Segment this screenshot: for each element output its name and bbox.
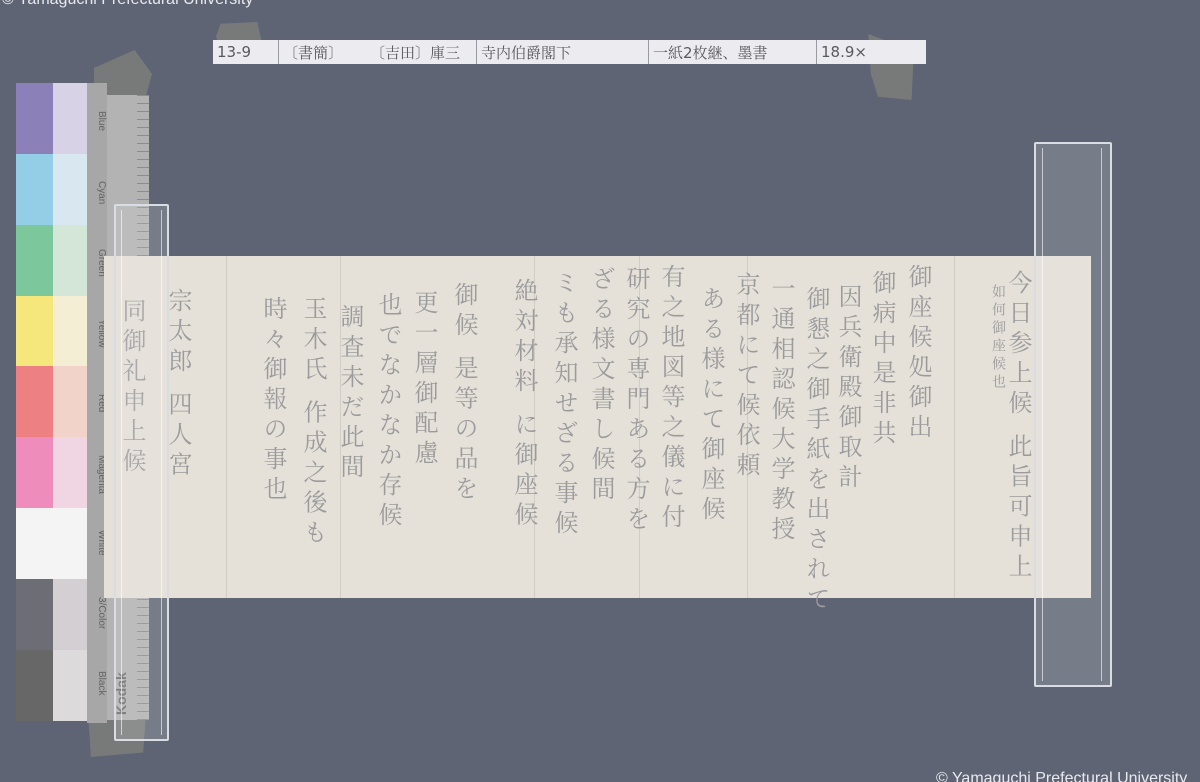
letter-column: 御候 是等の品を <box>450 282 478 506</box>
letter-column: 因兵衛殿御取計 <box>834 284 862 494</box>
letter-column: ざる様文書し候間 <box>587 266 615 506</box>
color-calibration-chart <box>16 83 90 721</box>
letter-column: 御病中是非共 <box>868 270 896 450</box>
copyright-credit-top: © Yamaguchi Prefectural University <box>2 0 253 9</box>
letter-column: 有之地図等之儀に付 <box>657 264 685 534</box>
swatch-yellow-light <box>53 296 90 366</box>
catalog-label-strip: 13-9 〔書簡〕 〔吉田〕庫三 寺内伯爵閣下 一紙2枚継、墨書 18.9× <box>213 40 926 64</box>
letter-column: 御懇之御手紙を出されて <box>802 286 830 616</box>
letter-column: 時々御報の事也 <box>259 296 287 506</box>
swatch-3color-light <box>53 579 90 650</box>
letter-column: 一通相認候大学教授 <box>767 276 795 546</box>
document-type: 〔書簡〕 <box>279 40 366 64</box>
swatch-black-dark <box>16 650 53 721</box>
letter-column: 研究の専門ある方を <box>622 266 650 536</box>
letter-column: 御座候処御出 <box>904 264 932 444</box>
swatch-red-dark <box>16 366 53 437</box>
letter-column: ある様にて御座候 <box>697 286 725 526</box>
letter-column: 也でなかなか存候 <box>374 292 402 532</box>
acrylic-weight-left <box>114 204 169 741</box>
copyright-credit-bottom: © Yamaguchi Prefectural University <box>936 770 1187 782</box>
label-blue: Blue <box>87 101 107 141</box>
letter-column: 絶対材料 に御座候 <box>510 278 538 532</box>
swatch-green-dark <box>16 225 53 296</box>
swatch-red-light <box>53 366 90 437</box>
label-black: Black <box>87 663 107 703</box>
size-value: 18.9× <box>817 40 926 64</box>
swatch-magenta-light <box>53 437 90 508</box>
acrylic-weight-right <box>1034 142 1112 687</box>
letter-column: 如何御座候也 <box>984 284 1012 392</box>
letter-column: 玉木氏 作成之後も <box>299 296 327 550</box>
label-cyan: Cyan <box>87 173 107 213</box>
swatch-white <box>16 508 90 579</box>
letter-paper: 今日参上候 此旨可申上 如何御座候也 御座候処御出 御病中是非共 因兵衛殿御取計… <box>104 256 1091 598</box>
letter-column: 調査未だ此間 <box>336 304 364 484</box>
format-description: 一紙2枚継、墨書 <box>649 40 817 64</box>
swatch-cyan-light <box>53 154 90 225</box>
swatch-cyan-dark <box>16 154 53 225</box>
swatch-black-light <box>53 650 90 721</box>
letter-column: ミも承知せざる事候 <box>550 270 578 540</box>
swatch-blue-light <box>53 83 90 154</box>
collection-name: 〔吉田〕庫三 <box>366 40 477 64</box>
swatch-green-light <box>53 225 90 296</box>
swatch-blue-dark <box>16 83 53 154</box>
letter-column: 更一層御配慮 <box>410 290 438 470</box>
swatch-yellow-dark <box>16 296 53 366</box>
catalog-number: 13-9 <box>213 40 279 64</box>
letter-column: 京都にて候依頼 <box>732 272 760 482</box>
swatch-3color-dark <box>16 579 53 650</box>
swatch-magenta-dark <box>16 437 53 508</box>
addressee: 寺内伯爵閣下 <box>477 40 649 64</box>
